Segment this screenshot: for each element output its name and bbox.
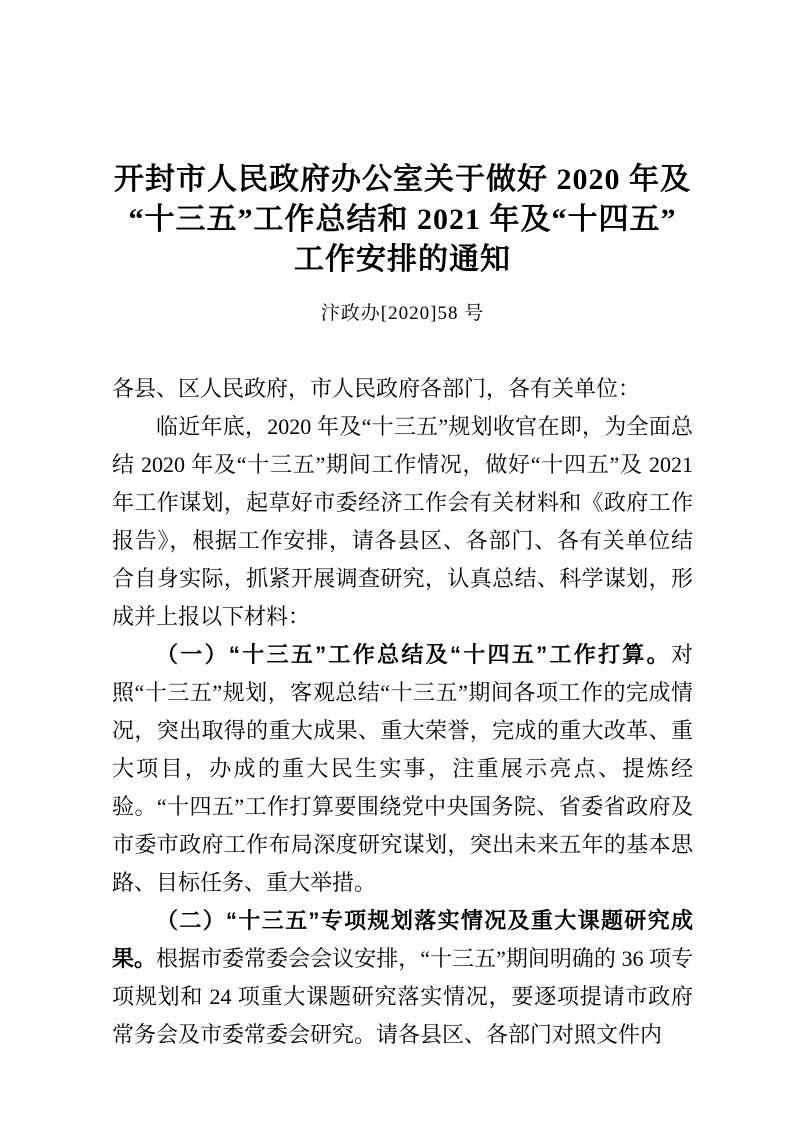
paragraph-item-1-text: 对照“十三五”规划，客观总结“十三五”期间各项工作的完成情况，突出取得的重大成果… — [112, 642, 693, 895]
document-body: 各县、区人民政府，市人民政府各部门，各有关单位： 临近年底，2020 年及“十三… — [112, 370, 693, 1054]
paragraph-intro-text: 临近年底，2020 年及“十三五”规划收官在即，为全面总结 2020 年及“十三… — [112, 414, 693, 629]
salutation-line: 各县、区人民政府，市人民政府各部门，各有关单位： — [112, 370, 693, 408]
paragraph-item-2-text: 根据市委常委会会议安排，“十三五”期间明确的 36 项专项规划和 24 项重大课… — [112, 946, 693, 1047]
title-line-3: 工作安排的通知 — [112, 240, 693, 280]
title-line-1: 开封市人民政府办公室关于做好 2020 年及 — [112, 160, 693, 200]
document-title: 开封市人民政府办公室关于做好 2020 年及 “十三五”工作总结和 2021 年… — [112, 160, 693, 280]
paragraph-item-1-heading: （一）“十三五”工作总结及“十四五”工作打算。 — [156, 642, 671, 667]
document-page: 开封市人民政府办公室关于做好 2020 年及 “十三五”工作总结和 2021 年… — [0, 0, 793, 1122]
paragraph-item-1: （一）“十三五”工作总结及“十四五”工作打算。对照“十三五”规划，客观总结“十三… — [112, 636, 693, 902]
document-number: 汴政办[2020]58 号 — [112, 300, 693, 328]
title-line-2: “十三五”工作总结和 2021 年及“十四五” — [112, 200, 693, 240]
paragraph-intro: 临近年底，2020 年及“十三五”规划收官在即，为全面总结 2020 年及“十三… — [112, 408, 693, 636]
paragraph-item-2: （二）“十三五”专项规划落实情况及重大课题研究成果。根据市委常委会会议安排，“十… — [112, 902, 693, 1054]
